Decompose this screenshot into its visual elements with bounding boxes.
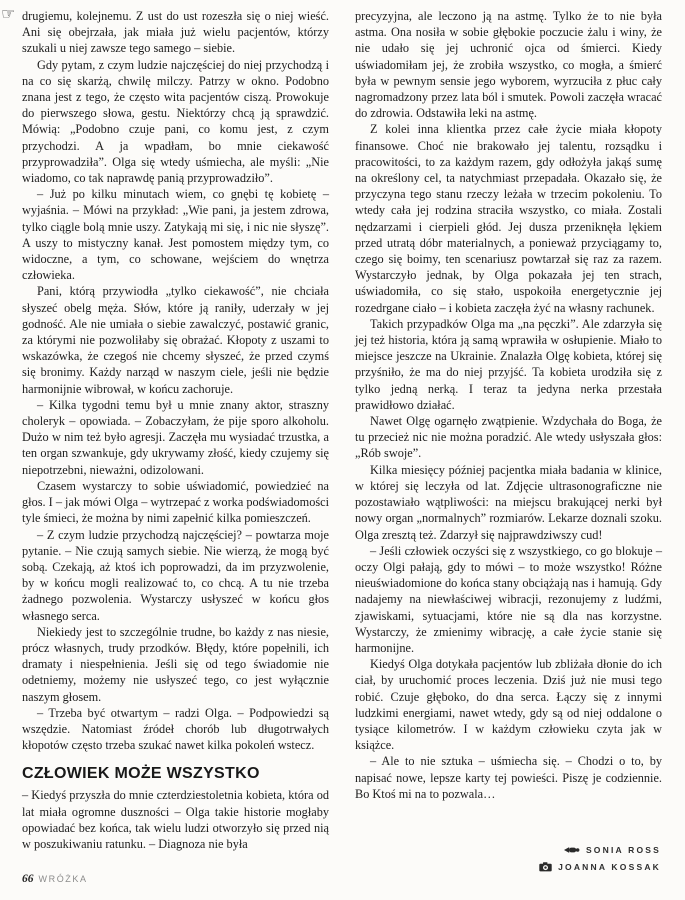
photographer-credit: JOANNA KOSSAK [539,858,661,875]
paragraph: – Jeśli człowiek oczyści się z wszystkie… [355,543,662,656]
paragraph: drugiemu, kolejnemu. Z ust do ust rozesz… [22,8,329,57]
paragraph: precyzyjna, ale leczono ją na astmę. Tyl… [355,8,662,121]
pen-icon [564,846,580,854]
camera-icon [539,862,552,872]
author-name: SONIA ROSS [586,845,661,855]
page-number: 66 [22,873,34,885]
paragraph: Niekiedy jest to szczególnie trudne, bo … [22,624,329,705]
paragraph: Czasem wystarczy to sobie uświadomić, po… [22,478,329,527]
paragraph: Pani, którą przywiodła „tylko ciekawość”… [22,283,329,396]
paragraph: Kilka miesięcy później pacjentka miała b… [355,462,662,543]
paragraph: – Kilka tygodni temu był u mnie znany ak… [22,397,329,478]
paragraph: Takich przypadków Olga ma „na pęczki”. A… [355,316,662,413]
right-column: precyzyjna, ale leczono ją na astmę. Tyl… [355,8,662,852]
photographer-name: JOANNA KOSSAK [558,862,661,872]
magazine-name: WRÓŻKA [39,874,88,884]
paragraph: – Z czym ludzie przychodzą najczęściej? … [22,527,329,624]
paragraph: – Już po kilku minutach wiem, co gnębi t… [22,186,329,283]
page-footer: 66 WRÓŻKA [22,873,88,885]
paragraph: – Ale to nie sztuka – uśmiecha się. – Ch… [355,753,662,802]
paragraph: Kiedyś Olga dotykała pacjentów lub zbliż… [355,656,662,753]
paragraph: – Kiedyś przyszła do mnie czterdziestole… [22,787,329,852]
credits: SONIA ROSS JOANNA KOSSAK [539,841,661,875]
continuation-manicule-icon: ☞ [1,4,15,23]
paragraph: Nawet Olgę ogarnęło zwątpienie. Wzdychał… [355,413,662,462]
paragraph: Z kolei inna klientka przez całe życie m… [355,121,662,315]
magazine-page: ☞ drugiemu, kolejnemu. Z ust do ust roze… [0,0,685,900]
author-credit: SONIA ROSS [539,841,661,858]
paragraph: Gdy pytam, z czym ludzie najczęściej do … [22,57,329,187]
paragraph: – Trzeba być otwartym – radzi Olga. – Po… [22,705,329,754]
article-body: drugiemu, kolejnemu. Z ust do ust rozesz… [22,8,662,852]
left-column: drugiemu, kolejnemu. Z ust do ust rozesz… [22,8,329,852]
section-heading: CZŁOWIEK MOŻE WSZYSTKO [22,764,329,784]
